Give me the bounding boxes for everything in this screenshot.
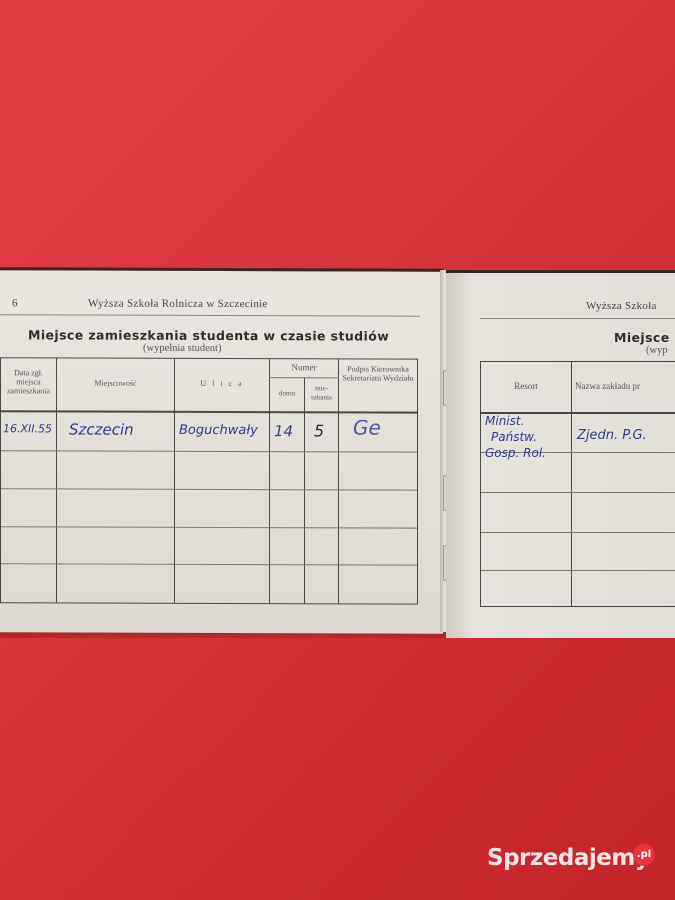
sprzedajemy-logo: Sprzedajemy <box>487 845 649 871</box>
cell-flat: 5 <box>314 421 324 440</box>
cell-house: 14 <box>274 422 293 440</box>
col-header-flat: mie-szkania <box>305 384 338 402</box>
cell-street: Boguchwały <box>179 423 258 438</box>
sprzedajemy-badge: .pl <box>633 844 655 866</box>
cell-signature: Ge <box>353 415 381 439</box>
page-header: Wyższa Szkoła <box>586 300 657 312</box>
left-page: 6 Wyższa Szkoła Rolnicza w Szczecinie Mi… <box>0 267 443 634</box>
cell-company: Zjedn. P.G. <box>577 428 647 443</box>
header-rule <box>0 314 420 316</box>
section-subtitle: (wyp <box>646 345 668 356</box>
page-number: 6 <box>12 297 18 309</box>
col-header-house: domu <box>270 389 304 398</box>
cell-town: Szczecin <box>69 420 134 438</box>
col-header-signature: Podpis Kierownika Sekretariatu Wydziału <box>341 364 415 382</box>
col-header-resort: Resort <box>481 382 571 391</box>
col-header-town: Miejscowość <box>57 378 174 387</box>
section-title: Miejsce <box>614 330 670 345</box>
col-header-company: Nazwa zakładu pr <box>575 382 675 391</box>
col-header-date: Data zgł. miejsca zamieszkania <box>1 368 56 395</box>
col-header-number: Numer <box>270 363 338 372</box>
col-header-street: U l i c a <box>175 379 269 388</box>
cell-date: 16.XII.55 <box>3 422 52 435</box>
employment-table: Resort Nazwa zakładu pr Minist. Państw. … <box>480 361 675 607</box>
page-header: Wyższa Szkoła Rolnicza w Szczecinie <box>88 298 268 311</box>
cell-resort-line3: Gosp. Rol. <box>485 446 546 460</box>
header-rule <box>480 318 675 319</box>
cell-resort-line1: Minist. <box>485 414 524 428</box>
residence-table: Data zgł. miejsca zamieszkania Miejscowo… <box>0 357 418 604</box>
right-page: Wyższa Szkoła Miejsce (wyp Resort Nazwa … <box>446 270 675 638</box>
section-subtitle: (wypełnia student) <box>143 343 221 354</box>
section-title: Miejsce zamieszkania studenta w czasie s… <box>28 327 389 343</box>
cell-resort-line2: Państw. <box>491 430 537 444</box>
